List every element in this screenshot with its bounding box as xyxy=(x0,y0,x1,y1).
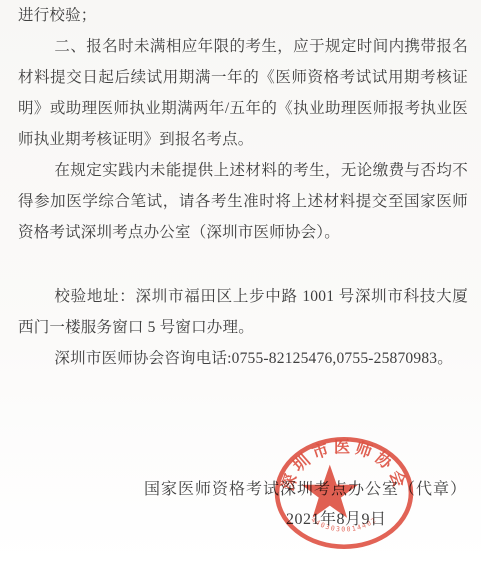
paragraph-phone: 深圳市医师协会咨询电话:0755-82125476,0755-25870983。 xyxy=(18,343,468,374)
seal-serial: 4403030014402 xyxy=(310,516,379,534)
seal-star-icon xyxy=(302,465,358,518)
paragraph-notice: 在规定实践内未能提供上述材料的考生，无论缴费与否均不得参加医学综合笔试，请各考生… xyxy=(18,155,468,248)
paragraph-item-two: 二、报名时未满相应年限的考生，应于规定时间内携带报名材料提交日起后续试用期满一年… xyxy=(18,31,468,155)
paragraph-address: 校验地址：深圳市福田区上步中路 1001 号深圳市科技大厦西门一楼服务窗口 5 … xyxy=(18,281,468,343)
body-text: 进行校验； 二、报名时未满相应年限的考生，应于规定时间内携带报名材料提交日起后续… xyxy=(18,0,468,374)
official-seal: 深圳市医师协会 4403030014402 xyxy=(271,435,417,553)
paragraph-continuation: 进行校验； xyxy=(18,0,468,31)
svg-text:4403030014402: 4403030014402 xyxy=(310,516,379,534)
document-page: 进行校验； 二、报名时未满相应年限的考生，应于规定时间内携带报名材料提交日起后续… xyxy=(0,0,481,564)
